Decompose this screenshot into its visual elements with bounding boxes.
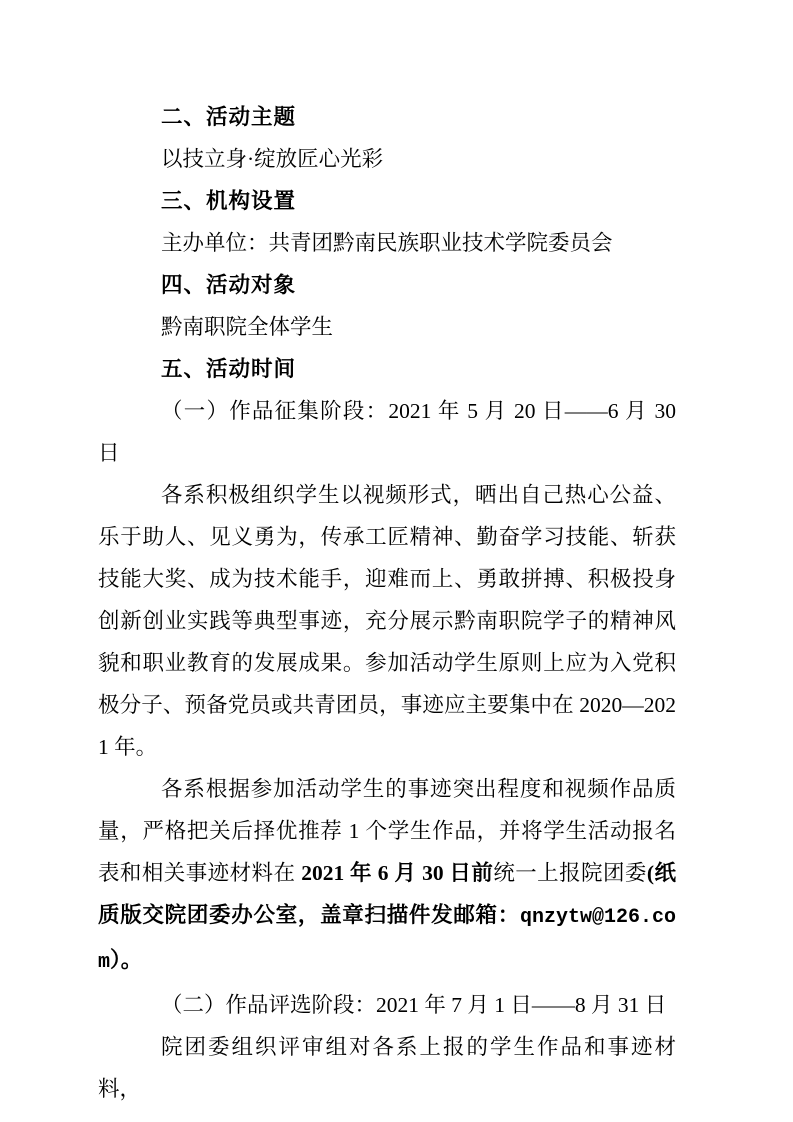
submission-deadline: 2021 年 6 月 30 日前 xyxy=(301,861,493,885)
document-page: 二、活动主题 以技立身·绽放匠心光彩 三、机构设置 主办单位：共青团黔南民族职业… xyxy=(0,0,793,1122)
paragraph-participants: 黔南职院全体学生 xyxy=(98,306,676,348)
paragraph-review-process: 院团委组织评审组对各系上报的学生作品和事迹材料， xyxy=(98,1026,676,1110)
heading-organization-setup: 三、机构设置 xyxy=(98,180,676,222)
heading-activity-participants: 四、活动对象 xyxy=(98,264,676,306)
paragraph-organizer: 主办单位：共青团黔南民族职业技术学院委员会 xyxy=(98,222,676,264)
paragraph-theme-slogan: 以技立身·绽放匠心光彩 xyxy=(98,138,676,180)
paragraph-submission-requirements: 各系根据参加活动学生的事迹突出程度和视频作品质量，严格把关后择优推荐 1 个学生… xyxy=(98,768,676,984)
paragraph-selection-phase-dates: （二）作品评选阶段：2021 年 7 月 1 日——8 月 31 日 xyxy=(98,984,676,1026)
submission-run-closing: ）。 xyxy=(110,948,142,972)
submission-run-middle: 统一上报院团委 xyxy=(493,861,647,885)
document-content: 二、活动主题 以技立身·绽放匠心光彩 三、机构设置 主办单位：共青团黔南民族职业… xyxy=(98,96,676,1110)
heading-activity-theme: 二、活动主题 xyxy=(98,96,676,138)
heading-activity-time: 五、活动时间 xyxy=(98,348,676,390)
paragraph-collection-phase-dates: （一）作品征集阶段：2021 年 5 月 20 日——6 月 30 日 xyxy=(98,390,676,474)
paragraph-collection-details: 各系积极组织学生以视频形式，晒出自己热心公益、乐于助人、见义勇为，传承工匠精神、… xyxy=(98,474,676,768)
